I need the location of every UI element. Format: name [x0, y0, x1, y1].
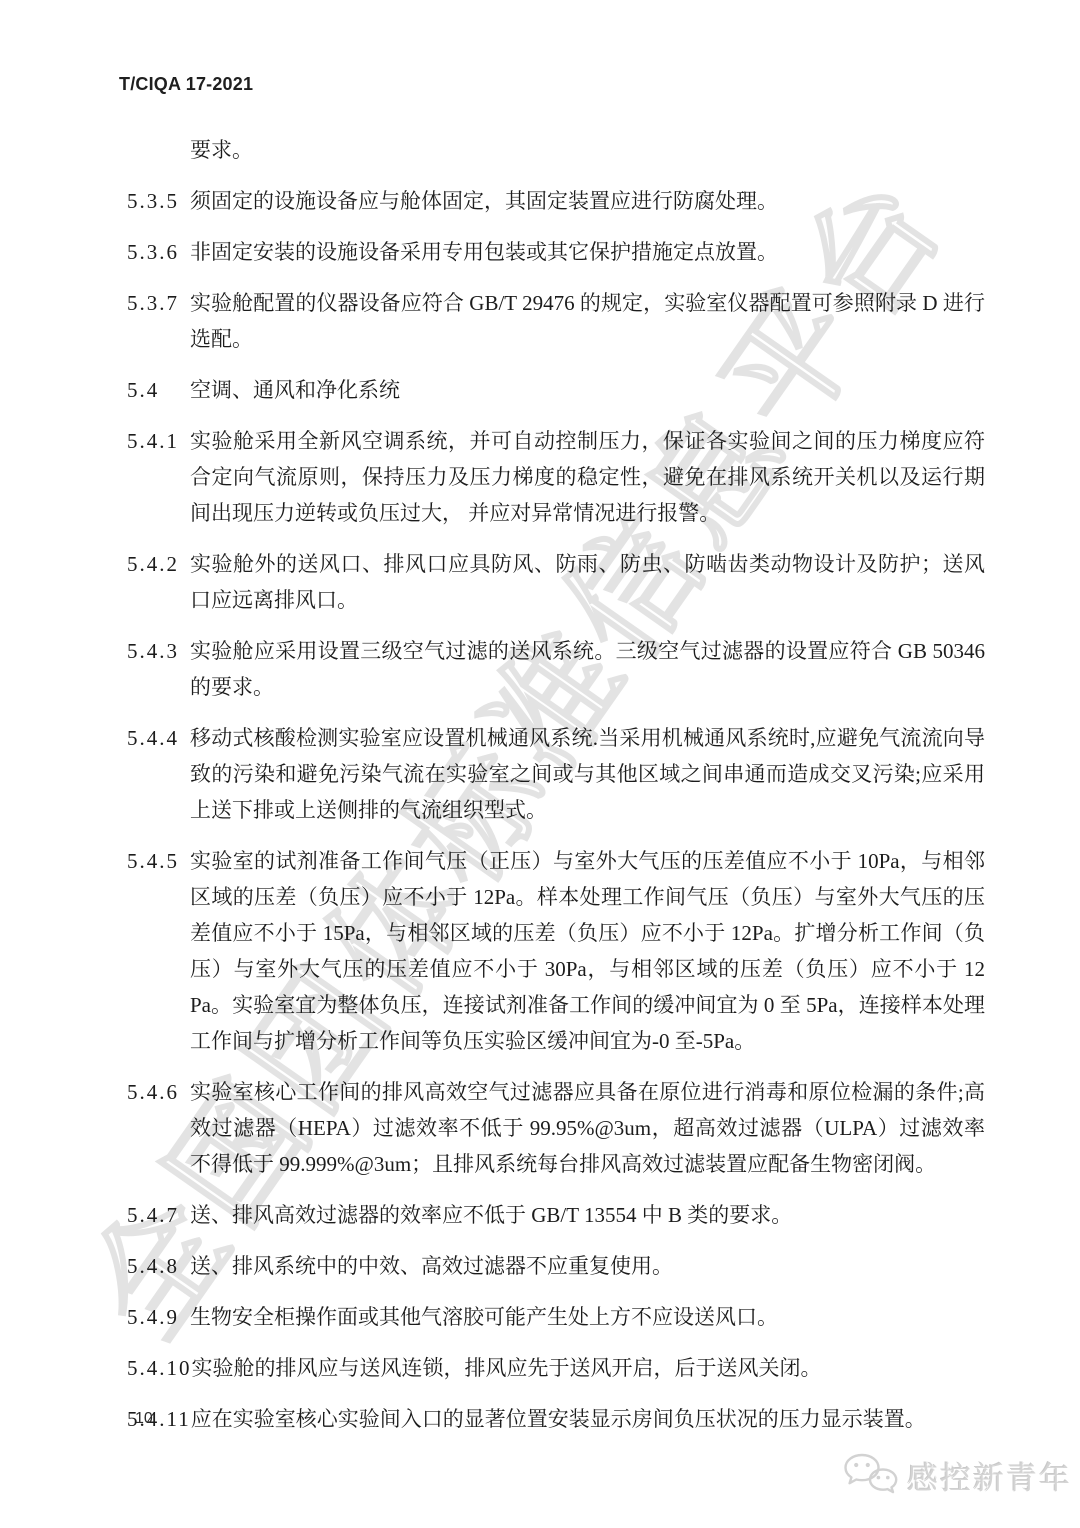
- section-5-4-4: 5.4.4 移动式核酸检测实验室应设置机械通风系统.当采用机械通风系统时,应避免…: [127, 720, 985, 828]
- section-5-4-8: 5.4.8 送、排风系统中的中效、高效过滤器不应重复使用。: [127, 1248, 985, 1284]
- section-5-4-2: 5.4.2 实验舱外的送风口、排风口应具防风、防雨、防虫、防啮齿类动物设计及防护…: [127, 546, 985, 618]
- section-text: 实验舱配置的仪器设备应符合 GB/T 29476 的规定，实验室仪器配置可参照附…: [190, 285, 985, 357]
- section-text: 要求。: [190, 132, 985, 168]
- wechat-account-name: 感控新青年: [907, 1453, 1072, 1498]
- section-number: 5.4: [127, 372, 190, 408]
- section-number: 5.4.2: [127, 546, 190, 618]
- paragraph-continuation: 要求。: [127, 132, 985, 168]
- section-5-3-5: 5.3.5 须固定的设施设备应与舱体固定，其固定装置应进行防腐处理。: [127, 183, 985, 219]
- section-text: 生物安全柜操作面或其他气溶胶可能产生处上方不应设送风口。: [190, 1299, 985, 1335]
- section-number: 5.3.5: [127, 183, 190, 219]
- section-number: 5.4.5: [127, 843, 190, 1059]
- section-text: 须固定的设施设备应与舱体固定，其固定装置应进行防腐处理。: [190, 183, 985, 219]
- section-5-4-5: 5.4.5 实验室的试剂准备工作间气压（正压）与室外大气压的压差值应不小于 10…: [127, 843, 985, 1059]
- section-5-4-7: 5.4.7 送、排风高效过滤器的效率应不低于 GB/T 13554 中 B 类的…: [127, 1197, 985, 1233]
- section-text: 实验舱应采用设置三级空气过滤的送风系统。三级空气过滤器的设置应符合 GB 503…: [190, 633, 985, 705]
- section-text: 实验舱的排风应与送风连锁，排风应先于送风开启，后于送风关闭。: [192, 1350, 986, 1386]
- section-text: 非固定安装的设施设备采用专用包装或其它保护措施定点放置。: [190, 234, 985, 270]
- section-number: 5.4.10: [127, 1350, 192, 1386]
- document-standard-number: T/CIQA 17-2021: [119, 74, 253, 95]
- section-text: 送、排风系统中的中效、高效过滤器不应重复使用。: [190, 1248, 985, 1284]
- section-number: 5.3.6: [127, 234, 190, 270]
- section-number: 5.4.4: [127, 720, 190, 828]
- section-number: 5.4.9: [127, 1299, 190, 1335]
- section-number: 5.3.7: [127, 285, 190, 357]
- wechat-icon: [843, 1452, 899, 1498]
- section-number: [127, 132, 190, 168]
- section-text: 实验舱采用全新风空调系统，并可自动控制压力，保证各实验间之间的压力梯度应符合定向…: [190, 423, 985, 531]
- section-5-4-10: 5.4.10 实验舱的排风应与送风连锁，排风应先于送风开启，后于送风关闭。: [127, 1350, 985, 1386]
- section-5-4-11: 5.4.11 应在实验室核心实验间入口的显著位置安装显示房间负压状况的压力显示装…: [127, 1401, 985, 1437]
- section-number: 5.4.8: [127, 1248, 190, 1284]
- section-number: 5.4.1: [127, 423, 190, 531]
- section-5-3-6: 5.3.6 非固定安装的设施设备采用专用包装或其它保护措施定点放置。: [127, 234, 985, 270]
- section-text: 送、排风高效过滤器的效率应不低于 GB/T 13554 中 B 类的要求。: [190, 1197, 985, 1233]
- section-text: 移动式核酸检测实验室应设置机械通风系统.当采用机械通风系统时,应避免气流流向导致…: [190, 720, 985, 828]
- section-heading-5-4: 5.4 空调、通风和净化系统: [127, 372, 985, 408]
- section-5-4-6: 5.4.6 实验室核心工作间的排风高效空气过滤器应具备在原位进行消毒和原位检漏的…: [127, 1074, 985, 1182]
- section-text: 实验室的试剂准备工作间气压（正压）与室外大气压的压差值应不小于 10Pa，与相邻…: [190, 843, 985, 1059]
- section-5-4-3: 5.4.3 实验舱应采用设置三级空气过滤的送风系统。三级空气过滤器的设置应符合 …: [127, 633, 985, 705]
- section-5-4-1: 5.4.1 实验舱采用全新风空调系统，并可自动控制压力，保证各实验间之间的压力梯…: [127, 423, 985, 531]
- section-number: 5.4.3: [127, 633, 190, 705]
- section-number: 5.4.6: [127, 1074, 190, 1182]
- section-text: 实验室核心工作间的排风高效空气过滤器应具备在原位进行消毒和原位检漏的条件;高效过…: [190, 1074, 985, 1182]
- section-number: 5.4.7: [127, 1197, 190, 1233]
- section-heading-text: 空调、通风和净化系统: [190, 372, 985, 408]
- document-body: 要求。 5.3.5 须固定的设施设备应与舱体固定，其固定装置应进行防腐处理。 5…: [127, 132, 985, 1452]
- section-5-3-7: 5.3.7 实验舱配置的仪器设备应符合 GB/T 29476 的规定，实验室仪器…: [127, 285, 985, 357]
- section-text: 应在实验室核心实验间入口的显著位置安装显示房间负压状况的压力显示装置。: [191, 1401, 985, 1437]
- page-number: 10: [135, 1410, 153, 1428]
- section-5-4-9: 5.4.9 生物安全柜操作面或其他气溶胶可能产生处上方不应设送风口。: [127, 1299, 985, 1335]
- wechat-brand-watermark: 感控新青年: [843, 1452, 1072, 1498]
- section-text: 实验舱外的送风口、排风口应具防风、防雨、防虫、防啮齿类动物设计及防护；送风口应远…: [190, 546, 985, 618]
